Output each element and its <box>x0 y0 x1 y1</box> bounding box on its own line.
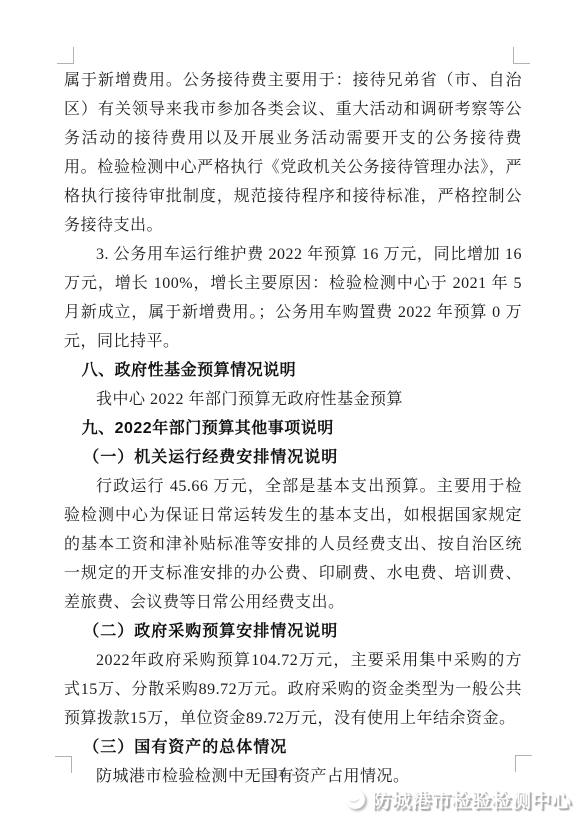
watermark: 防城港市检验检测中心 <box>346 786 572 813</box>
margin-mark-top-left <box>57 47 74 64</box>
paragraph-operating-expense: 行政运行 45.66 万元，全部是基本支出预算。主要用于检验检测中心为保证日常运… <box>64 472 522 617</box>
watermark-emblem-icon <box>346 790 365 809</box>
subheading-3-state-assets: （三）国有资产的总体情况 <box>64 733 522 762</box>
margin-mark-top-right <box>513 47 530 64</box>
subheading-1-operating-expense: （一）机关运行经费安排情况说明 <box>64 443 522 472</box>
heading-section-9-other-matters: 九、2022年部门预算其他事项说明 <box>64 414 522 443</box>
paragraph-no-government-fund: 我中心 2022 年部门预算无政府性基金预算 <box>64 385 522 414</box>
paragraph-vehicle-budget: 3. 公务用车运行维护费 2022 年预算 16 万元，同比增加 16 万元，增… <box>64 240 522 356</box>
document-page: 属于新增费用。公务接待费主要用于：接待兄弟省（市、自治区）有关领导来我市参加各类… <box>0 0 586 824</box>
page-number: - 10 - <box>0 766 560 782</box>
heading-section-8-government-fund: 八、政府性基金预算情况说明 <box>64 356 522 385</box>
document-body: 属于新增费用。公务接待费主要用于：接待兄弟省（市、自治区）有关领导来我市参加各类… <box>64 66 522 791</box>
subheading-2-procurement-budget: （二）政府采购预算安排情况说明 <box>64 617 522 646</box>
paragraph-procurement-budget: 2022年政府采购预算104.72万元，主要采用集中采购的方式15万、分散采购8… <box>64 646 522 733</box>
paragraph-official-reception: 属于新增费用。公务接待费主要用于：接待兄弟省（市、自治区）有关领导来我市参加各类… <box>64 66 522 240</box>
watermark-text: 防城港市检验检测中心 <box>372 786 572 813</box>
